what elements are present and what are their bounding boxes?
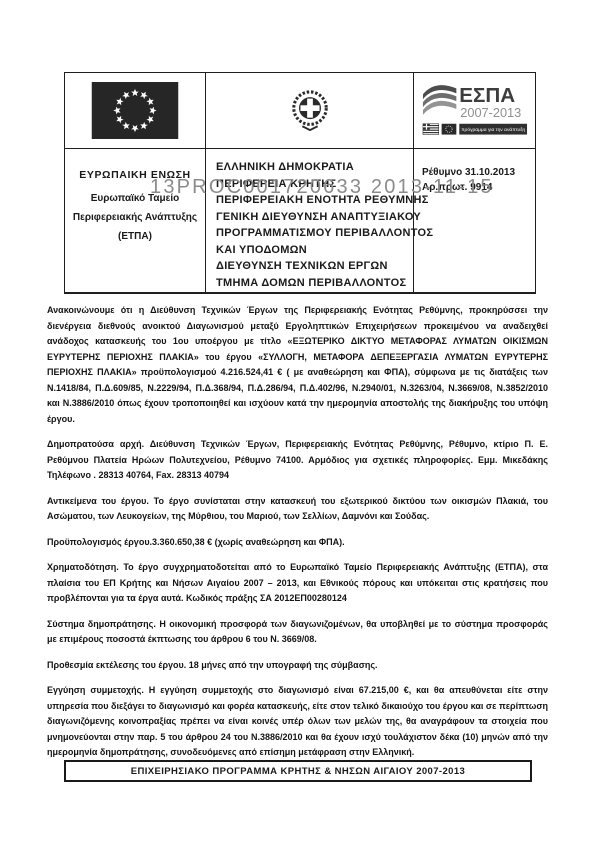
paragraph-project-object: Αντικείμενα του έργου. Το έργο συνίστατα… <box>47 494 548 525</box>
espa-logo: ΕΣΠΑ 2007-2013 <box>421 80 529 142</box>
espa-period: 2007-2013 <box>460 104 521 119</box>
hellenic-emblem-cell <box>206 73 414 149</box>
espa-tagline-bar: πρόγραμμα για την ανάπτυξη <box>459 123 527 134</box>
footer-program-box: ΕΠΙΧΕΙΡΗΣΙΑΚΟ ΠΡΟΓΡΑΜΜΑ ΚΡΗΤΗΣ & ΝΗΣΩΝ Α… <box>64 760 532 782</box>
authority-cell: ΕΛΛΗΝΙΚΗ ΔΗΜΟΚΡΑΤΙΑ ΠΕΡΙΦΕΡΕΙΑ ΚΡΗΤΗΣ ΠΕ… <box>206 149 414 294</box>
hellenic-republic-emblem-icon <box>289 87 331 135</box>
document-page: ΕΣΠΑ 2007-2013 <box>0 0 595 842</box>
paragraph-guarantee: Εγγύηση συμμετοχής. Η εγγύηση συμμετοχής… <box>47 683 548 761</box>
espa-logo-cell: ΕΣΠΑ 2007-2013 <box>414 73 536 149</box>
authority-line: ΕΛΛΗΝΙΚΗ ΔΗΜΟΚΡΑΤΙΑ <box>216 159 405 176</box>
protocol-cell: Ρέθυμνο 31.10.2013 Αρ.πρωτ. 9914 <box>414 149 536 294</box>
eu-flag-cell <box>65 73 206 149</box>
greek-flag-icon <box>422 123 438 134</box>
eu-text-cell: ΕΥΡΩΠΑΙΚΗ ΕΝΩΣΗ Ευρωπαϊκό Ταμείο Περιφερ… <box>65 149 206 294</box>
authority-line: ΚΑΙ ΥΠΟΔΟΜΩΝ <box>216 242 405 259</box>
eu-flag-small-icon <box>441 123 456 134</box>
authority-line: ΤΜΗΜΑ ΔΟΜΩΝ ΠΕΡΙΒΑΛΛΟΝΤΟΣ <box>216 275 405 292</box>
eu-flag-icon <box>91 82 179 139</box>
paragraph-budget: Προϋπολογισμός έργου.3.360.650,38 € (χωρ… <box>47 535 548 551</box>
authority-line: ΓΕΝΙΚΗ ΔΙΕΥΘΥΝΣΗ ΑΝΑΠΤΥΞΙΑΚΟΥ <box>216 209 405 226</box>
kimdis-stamp: 13PROC001720633 2013-11-15 <box>150 176 494 199</box>
paragraph-tender-system: Σύστημα δημοπράτησης. Η οικονομική προσφ… <box>47 617 548 648</box>
paragraph-announcement: Ανακοινώνουμε ότι η Διεύθυνση Τεχνικών Έ… <box>47 303 548 427</box>
espa-wordmark: ΕΣΠΑ <box>459 84 515 107</box>
espa-tagline: πρόγραμμα για την ανάπτυξη <box>461 126 525 133</box>
eu-fund-line2: Περιφερειακής Ανάπτυξης <box>65 208 205 227</box>
paragraph-deadline: Προθεσμία εκτέλεσης του έργου. 18 μήνες … <box>47 658 548 674</box>
footer-program-text: ΕΠΙΧΕΙΡΗΣΙΑΚΟ ΠΡΟΓΡΑΜΜΑ ΚΡΗΤΗΣ & ΝΗΣΩΝ Α… <box>131 766 465 777</box>
paragraph-funding: Χρηματοδότηση. Το έργο συγχρηματοδοτείτα… <box>47 560 548 607</box>
eu-fund-line3: (ΕΤΠΑ) <box>65 227 205 246</box>
document-body: Ανακοινώνουμε ότι η Διεύθυνση Τεχνικών Έ… <box>47 303 548 771</box>
authority-line: ΠΡΟΓΡΑΜΜΑΤΙΣΜΟΥ ΠΕΡΙΒΑΛΛΟΝΤΟΣ <box>216 225 405 242</box>
authority-line: ΔΙΕΥΘΥΝΣΗ ΤΕΧΝΙΚΩΝ ΕΡΓΩΝ <box>216 258 405 275</box>
paragraph-contracting-authority: Δημοπρατούσα αρχή. Διεύθυνση Τεχνικών Έρ… <box>47 437 548 484</box>
espa-waves-icon <box>422 85 455 115</box>
